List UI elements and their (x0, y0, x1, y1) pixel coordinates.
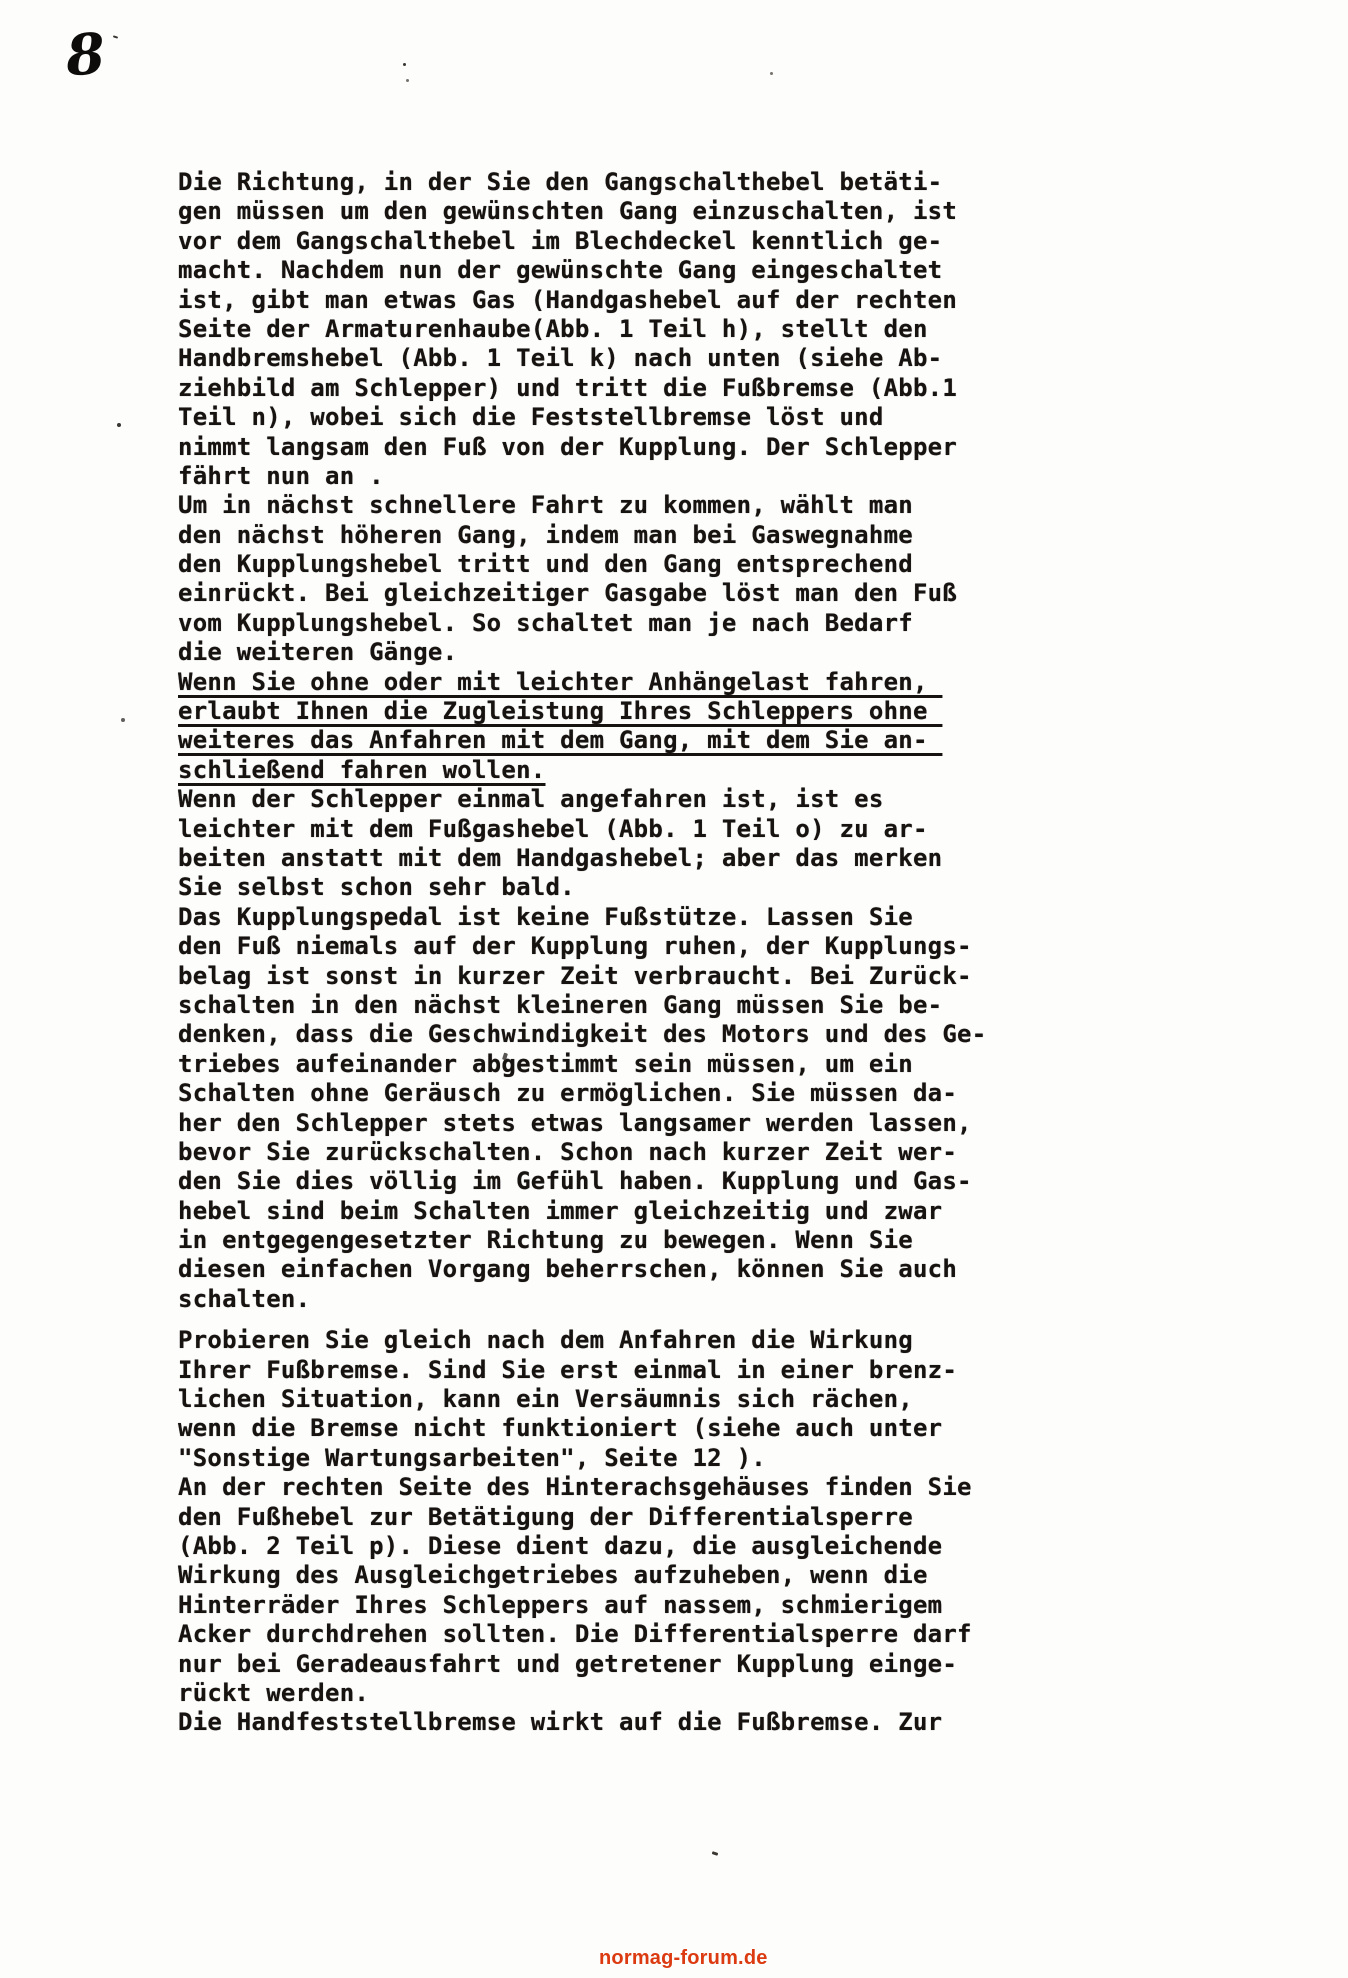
text-line: Wenn der Schlepper einmal angefahren ist… (178, 785, 986, 814)
text-line: denken, dass die Geschwindigkeit des Mot… (178, 1020, 986, 1049)
text-line: Das Kupplungspedal ist keine Fußstütze. … (178, 903, 986, 932)
text-line: Hinterräder Ihres Schleppers auf nassem,… (178, 1591, 986, 1620)
text-line: Acker durchdrehen sollten. Die Different… (178, 1620, 986, 1649)
text-line: Teil n), wobei sich die Feststellbremse … (178, 403, 986, 432)
text-line: triebes aufeinander abgestimmt sein müss… (178, 1050, 986, 1079)
text-line: weiteres das Anfahren mit dem Gang, mit … (178, 726, 986, 755)
text-line: "Sonstige Wartungsarbeiten", Seite 12 ). (178, 1444, 986, 1473)
scan-speck (117, 423, 121, 427)
text-line: rückt werden. (178, 1679, 986, 1708)
text-line: wenn die Bremse nicht funktioniert (sieh… (178, 1414, 986, 1443)
text-line: leichter mit dem Fußgashebel (Abb. 1 Tei… (178, 815, 986, 844)
text-line: den Fuß niemals auf der Kupplung ruhen, … (178, 932, 986, 961)
text-line: nur bei Geradeausfahrt und getretener Ku… (178, 1650, 986, 1679)
text-line: Um in nächst schnellere Fahrt zu kommen,… (178, 491, 986, 520)
text-line: Wirkung des Ausgleichgetriebes aufzuhebe… (178, 1561, 986, 1590)
text-line: Ihrer Fußbremse. Sind Sie erst einmal in… (178, 1356, 986, 1385)
text-line: erlaubt Ihnen die Zugleistung Ihres Schl… (178, 697, 986, 726)
text-line: her den Schlepper stets etwas langsamer … (178, 1109, 986, 1138)
text-line: schalten in den nächst kleineren Gang mü… (178, 991, 986, 1020)
text-line: ist, gibt man etwas Gas (Handgashebel au… (178, 286, 986, 315)
text-line: den Fußhebel zur Betätigung der Differen… (178, 1503, 986, 1532)
scan-speck (770, 72, 773, 75)
text-line: belag ist sonst in kurzer Zeit verbrauch… (178, 962, 986, 991)
text-line: nimmt langsam den Fuß von der Kupplung. … (178, 433, 986, 462)
scan-speck (403, 63, 406, 66)
text-line: Handbremshebel (Abb. 1 Teil k) nach unte… (178, 344, 986, 373)
text-line: Wenn Sie ohne oder mit leichter Anhängel… (178, 668, 986, 697)
text-line: fährt nun an . (178, 462, 986, 491)
text-line: vom Kupplungshebel. So schaltet man je n… (178, 609, 986, 638)
scan-speck (406, 79, 409, 82)
body-text-block: Die Richtung, in der Sie den Gangschalth… (178, 168, 986, 1738)
page-number: 8 (64, 21, 107, 90)
text-line: Die Handfeststellbremse wirkt auf die Fu… (178, 1708, 986, 1737)
scan-speck (712, 1851, 719, 1856)
watermark: normag-forum.de (599, 1947, 768, 1970)
text-line: Schalten ohne Geräusch zu ermöglichen. S… (178, 1079, 986, 1108)
text-line: vor dem Gangschalthebel im Blechdeckel k… (178, 227, 986, 256)
text-line: (Abb. 2 Teil p). Diese dient dazu, die a… (178, 1532, 986, 1561)
text-line: Sie selbst schon sehr bald. (178, 873, 986, 902)
text-line: schließend fahren wollen. (178, 756, 986, 785)
scan-speck (121, 718, 125, 722)
text-line: in entgegengesetzter Richtung zu bewegen… (178, 1226, 986, 1255)
text-line: die weiteren Gänge. (178, 638, 986, 667)
text-line: bevor Sie zurückschalten. Schon nach kur… (178, 1138, 986, 1167)
text-line: lichen Situation, kann ein Versäumnis si… (178, 1385, 986, 1414)
scanned-page: 8 Die Richtung, in der Sie den Gangschal… (0, 0, 1348, 1978)
text-line: beiten anstatt mit dem Handgashebel; abe… (178, 844, 986, 873)
text-line: schalten. (178, 1285, 986, 1314)
text-line: macht. Nachdem nun der gewünschte Gang e… (178, 256, 986, 285)
text-line: An der rechten Seite des Hinterachsgehäu… (178, 1473, 986, 1502)
text-line: den Sie dies völlig im Gefühl haben. Kup… (178, 1167, 986, 1196)
text-line: den nächst höheren Gang, indem man bei G… (178, 521, 986, 550)
text-line: Seite der Armaturenhaube(Abb. 1 Teil h),… (178, 315, 986, 344)
text-line: Die Richtung, in der Sie den Gangschalth… (178, 168, 986, 197)
text-line: diesen einfachen Vorgang beherrschen, kö… (178, 1255, 986, 1284)
text-line: hebel sind beim Schalten immer gleichzei… (178, 1197, 986, 1226)
text-line: gen müssen um den gewünschten Gang einzu… (178, 197, 986, 226)
text-line: den Kupplungshebel tritt und den Gang en… (178, 550, 986, 579)
scan-speck (113, 35, 118, 38)
text-line: Probieren Sie gleich nach dem Anfahren d… (178, 1326, 986, 1355)
text-line: ziehbild am Schlepper) und tritt die Fuß… (178, 374, 986, 403)
text-line: einrückt. Bei gleichzeitiger Gasgabe lös… (178, 579, 986, 608)
